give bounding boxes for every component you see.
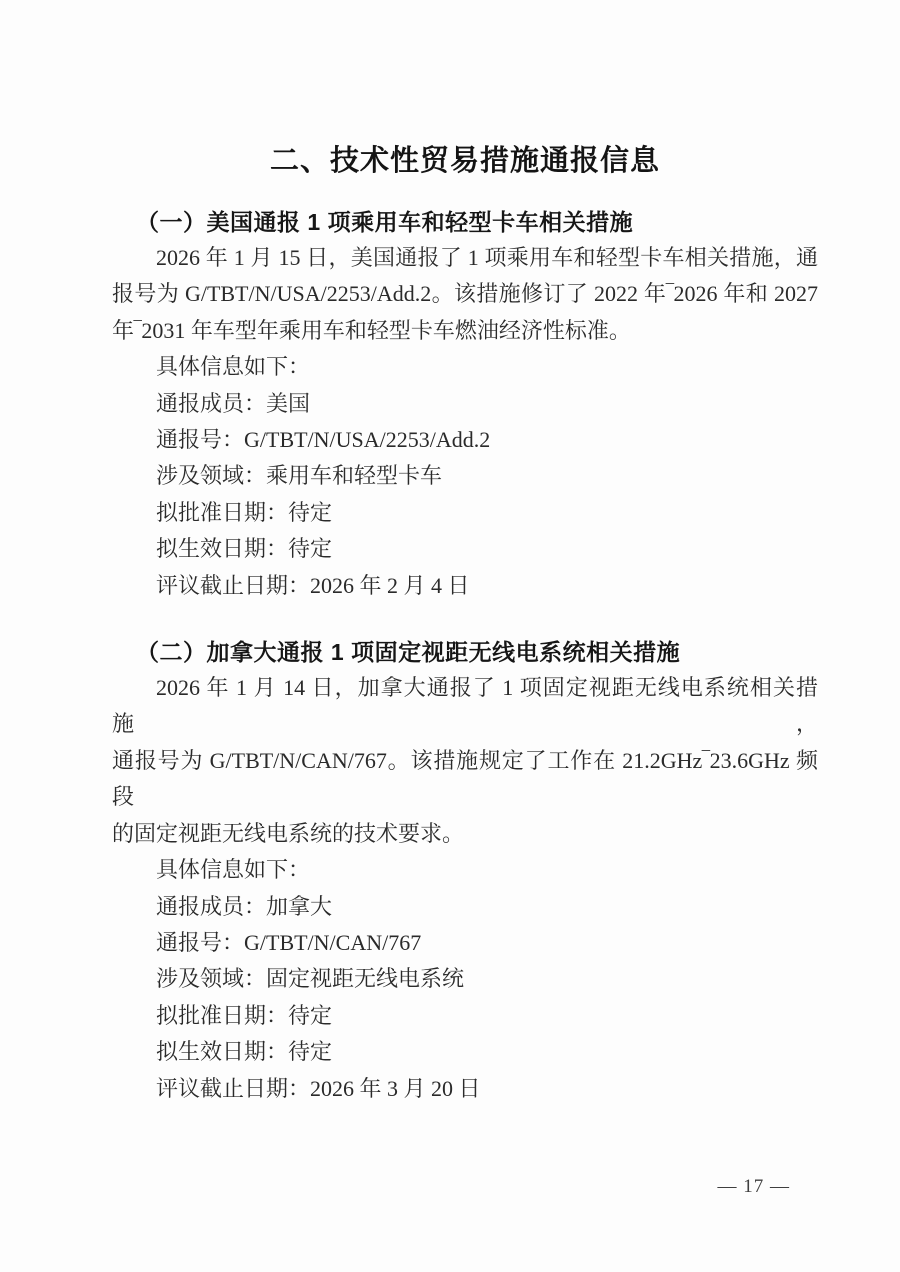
paragraph-line: 的固定视距无线电系统的技术要求。 <box>112 816 818 852</box>
paragraph-line: 2026 年 1 月 14 日，加拿大通报了 1 项固定视距无线电系统相关措施， <box>112 670 818 743</box>
section-paragraph-canada: 2026 年 1 月 14 日，加拿大通报了 1 项固定视距无线电系统相关措施，… <box>112 670 818 852</box>
document-page: 二、技术性贸易措施通报信息 （一）美国通报 1 项乘用车和轻型卡车相关措施 20… <box>0 0 900 1272</box>
detail-line-field: 涉及领域：固定视距无线电系统 <box>112 961 818 997</box>
paragraph-line: 年‾2031 年车型年乘用车和轻型卡车燃油经济性标准。 <box>112 313 818 349</box>
detail-line-notification-number: 通报号：G/TBT/N/CAN/767 <box>112 925 818 961</box>
paragraph-line: 通报号为 G/TBT/N/CAN/767。该措施规定了工作在 21.2GHz‾2… <box>112 743 818 816</box>
detail-line-effective-date: 拟生效日期：待定 <box>112 531 818 567</box>
detail-line-field: 涉及领域：乘用车和轻型卡车 <box>112 458 818 494</box>
paragraph-line: 2026 年 1 月 15 日，美国通报了 1 项乘用车和轻型卡车相关措施，通 <box>112 240 818 276</box>
detail-line-member: 通报成员：加拿大 <box>112 889 818 925</box>
detail-line-approval-date: 拟批准日期：待定 <box>112 998 818 1034</box>
paragraph-line: 报号为 G/TBT/N/USA/2253/Add.2。该措施修订了 2022 年… <box>112 276 818 312</box>
document-content: 二、技术性贸易措施通报信息 （一）美国通报 1 项乘用车和轻型卡车相关措施 20… <box>112 141 818 1107</box>
notice-section-canada: （二）加拿大通报 1 项固定视距无线电系统相关措施 2026 年 1 月 14 … <box>112 634 818 1107</box>
detail-line-member: 通报成员：美国 <box>112 386 818 422</box>
detail-line-intro: 具体信息如下： <box>112 852 818 888</box>
detail-line-comment-deadline: 评议截止日期：2026 年 2 月 4 日 <box>112 568 818 604</box>
document-title: 二、技术性贸易措施通报信息 <box>112 141 818 181</box>
detail-line-comment-deadline: 评议截止日期：2026 年 3 月 20 日 <box>112 1071 818 1107</box>
section-heading-usa: （一）美国通报 1 项乘用车和轻型卡车相关措施 <box>112 204 818 240</box>
detail-line-intro: 具体信息如下： <box>112 349 818 385</box>
detail-line-approval-date: 拟批准日期：待定 <box>112 495 818 531</box>
page-number: — 17 — <box>718 1176 791 1198</box>
detail-list-canada: 具体信息如下： 通报成员：加拿大 通报号：G/TBT/N/CAN/767 涉及领… <box>112 852 818 1107</box>
detail-line-notification-number: 通报号：G/TBT/N/USA/2253/Add.2 <box>112 422 818 458</box>
notice-section-usa: （一）美国通报 1 项乘用车和轻型卡车相关措施 2026 年 1 月 15 日，… <box>112 204 818 604</box>
section-paragraph-usa: 2026 年 1 月 15 日，美国通报了 1 项乘用车和轻型卡车相关措施，通 … <box>112 240 818 349</box>
section-heading-canada: （二）加拿大通报 1 项固定视距无线电系统相关措施 <box>112 634 818 670</box>
detail-line-effective-date: 拟生效日期：待定 <box>112 1034 818 1070</box>
detail-list-usa: 具体信息如下： 通报成员：美国 通报号：G/TBT/N/USA/2253/Add… <box>112 349 818 604</box>
